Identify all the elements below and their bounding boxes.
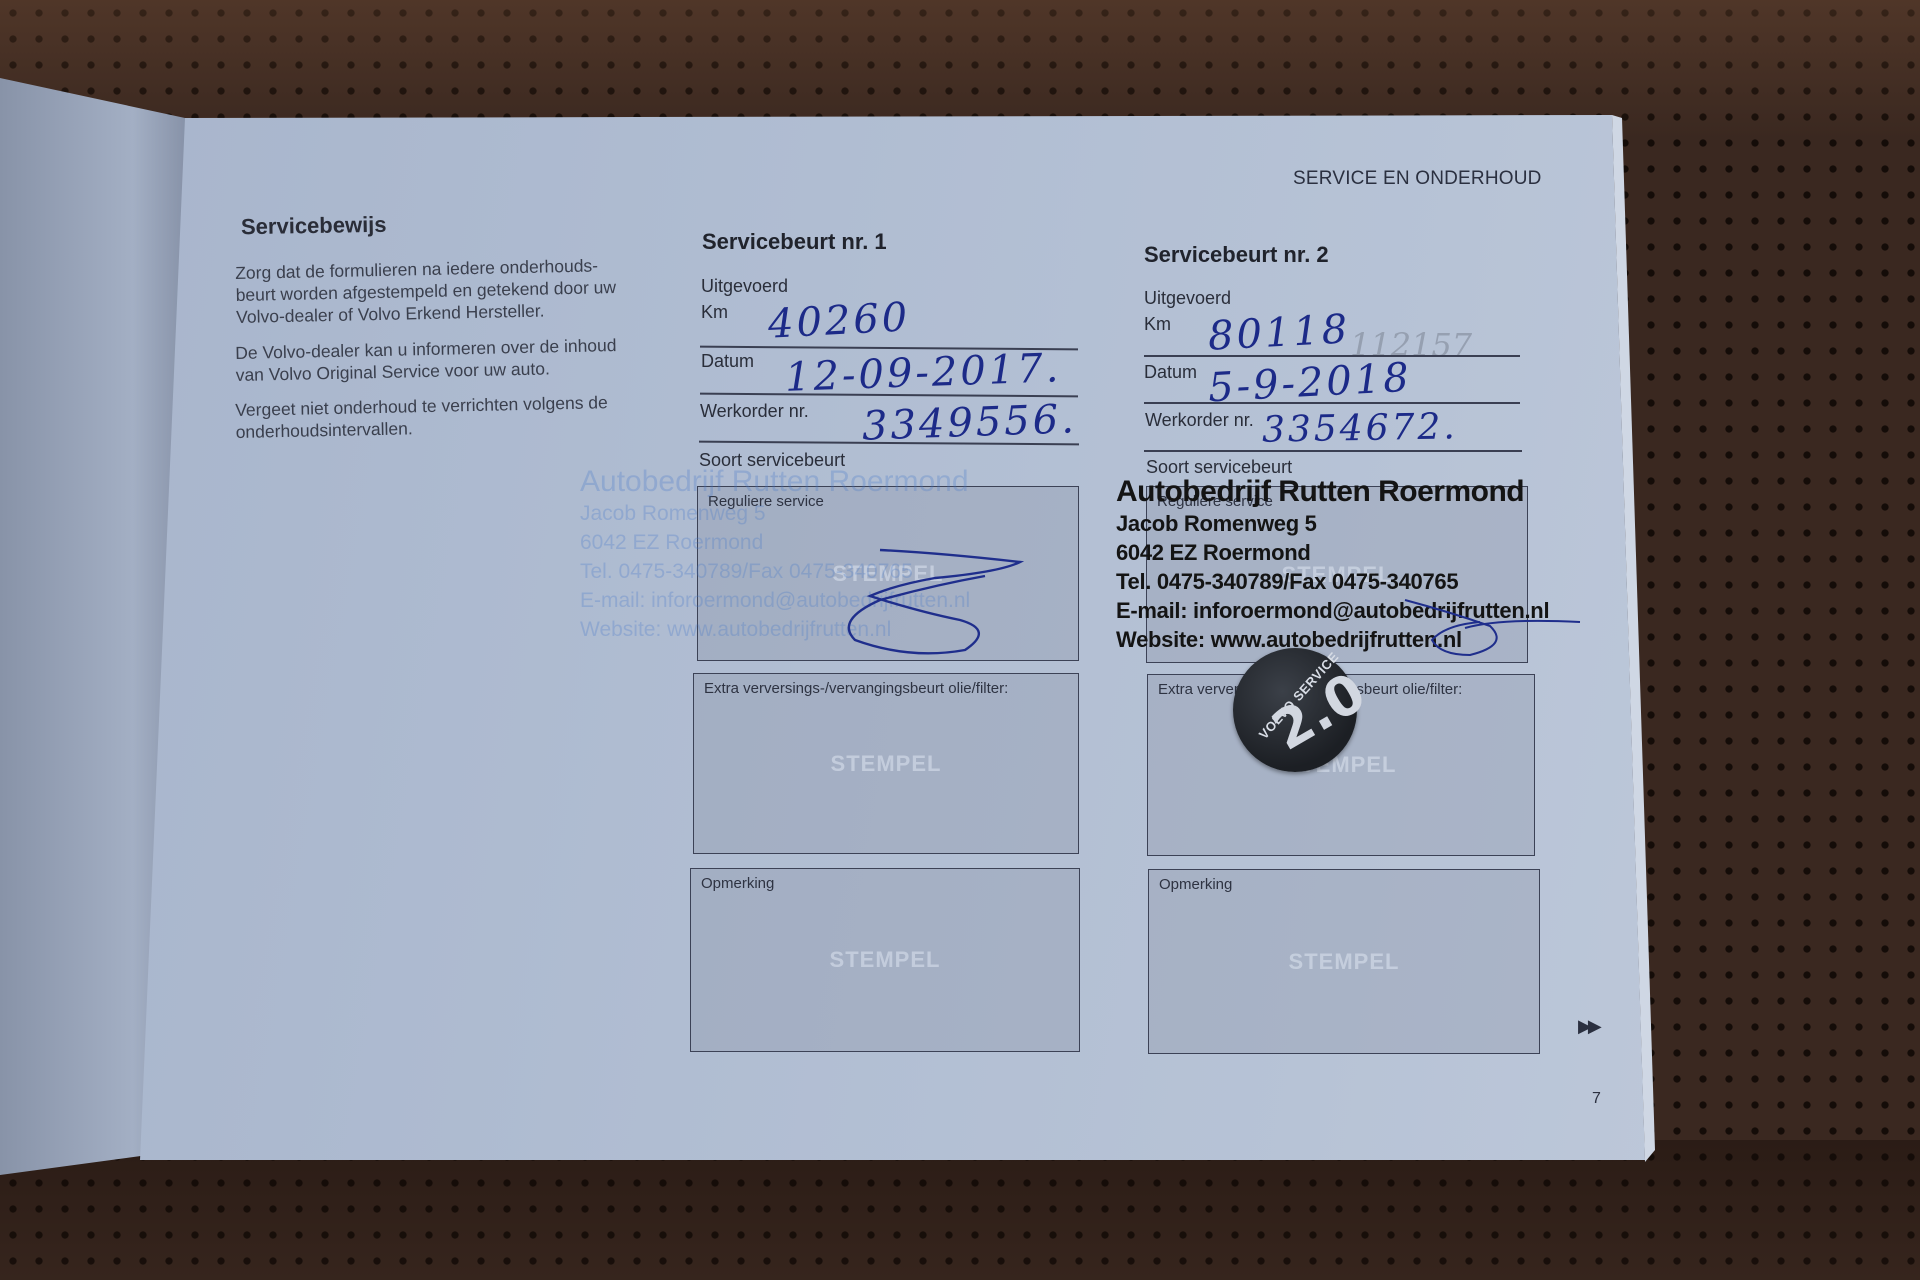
double-triangle-right-icon[interactable]: ▶▶ [1578,1016,1598,1037]
page-content: SERVICE EN ONDERHOUD Servicebewijs Zorg … [0,0,1920,1280]
volvo-service-sticker: VOLVO SERVICE 2.0 [1233,648,1357,772]
signature-1-icon [0,0,1920,1280]
page-number: 7 [1592,1090,1601,1108]
